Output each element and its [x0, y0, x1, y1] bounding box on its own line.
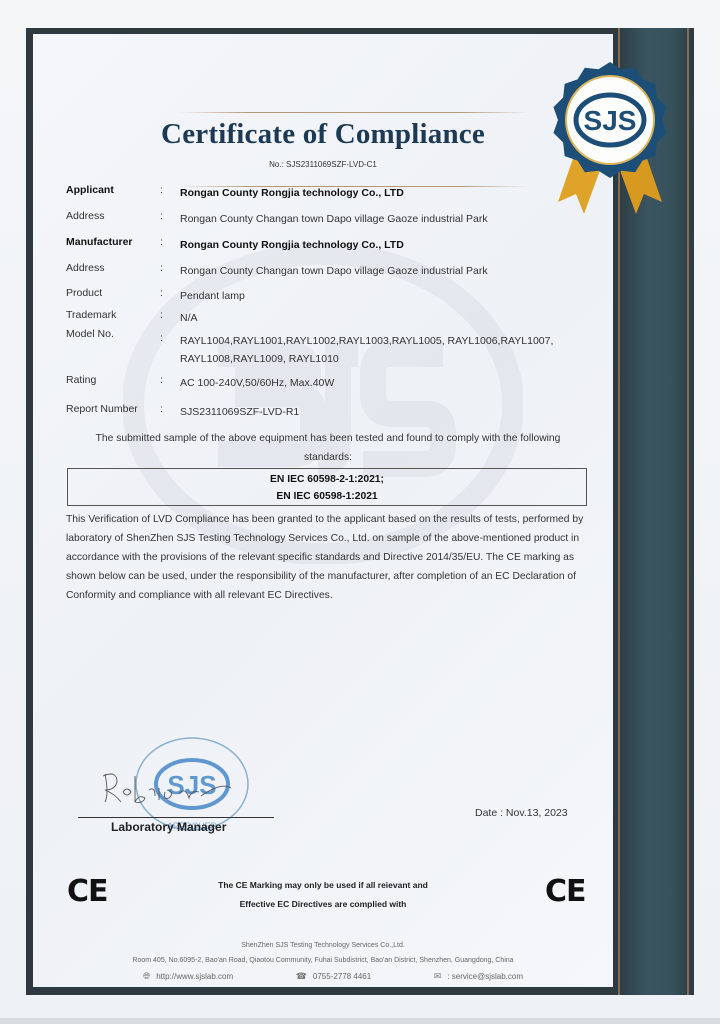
field-label: Product: [66, 287, 160, 305]
title-divider-top: [178, 112, 530, 113]
field-separator: :: [160, 374, 180, 392]
standard-item: EN IEC 60598-2-1:2021;: [68, 471, 586, 488]
field-label: Trademark: [66, 309, 160, 327]
field-label: Applicant: [66, 184, 160, 202]
field-model-no: Model No. : RAYL1004,RAYL1001,RAYL1002,R…: [66, 328, 606, 368]
field-value: Pendant lamp: [180, 287, 606, 305]
field-value: Rongan County Rongjia technology Co., LT…: [180, 184, 606, 202]
field-separator: :: [160, 403, 180, 421]
field-report-number: Report Number : SJS2311069SZF-LVD-R1: [66, 403, 606, 421]
field-separator: :: [160, 309, 180, 327]
field-label: Model No.: [66, 328, 160, 368]
field-label: Address: [66, 210, 160, 228]
footer-company: ShenZhen SJS Testing Technology Services…: [33, 942, 613, 949]
footer-email[interactable]: ✉: service@sjslab.com: [434, 971, 523, 982]
signatory-role: Laboratory Manager: [111, 820, 226, 834]
ce-note-line: The CE Marking may only be used if all r…: [193, 876, 453, 895]
email-link[interactable]: : service@sjslab.com: [447, 972, 523, 981]
field-separator: :: [160, 210, 180, 228]
side-panel-trim-right: [687, 28, 689, 995]
footer-phone: ☎0755-2778 4461: [296, 971, 372, 982]
sjs-seal-badge-icon: SJS: [548, 54, 672, 224]
field-label: Address: [66, 262, 160, 280]
field-applicant: Applicant : Rongan County Rongjia techno…: [66, 184, 606, 202]
field-label: Rating: [66, 374, 160, 392]
field-manufacturer: Manufacturer : Rongan County Rongjia tec…: [66, 236, 606, 254]
field-separator: :: [160, 236, 180, 254]
field-separator: :: [160, 262, 180, 280]
field-manufacturer-address: Address : Rongan County Changan town Dap…: [66, 262, 606, 280]
bottom-strip: [0, 1018, 720, 1024]
field-value: N/A: [180, 309, 606, 327]
ce-mark-left-icon: CE: [67, 874, 108, 909]
field-value: Rongan County Changan town Dapo village …: [180, 262, 606, 280]
ce-note-line: Effective EC Directives are complied wit…: [193, 895, 453, 914]
website-link[interactable]: http://www.sjslab.com: [156, 972, 233, 981]
field-applicant-address: Address : Rongan County Changan town Dap…: [66, 210, 606, 228]
standards-box: EN IEC 60598-2-1:2021; EN IEC 60598-1:20…: [67, 468, 587, 506]
certificate-number: No.: SJS2311069SZF-LVD-C1: [33, 160, 613, 169]
field-value: AC 100-240V,50/60Hz, Max.40W: [180, 374, 606, 392]
field-product: Product : Pendant lamp: [66, 287, 606, 305]
field-separator: :: [160, 184, 180, 202]
signature-icon: [97, 766, 237, 806]
standard-item: EN IEC 60598-1:2021: [68, 488, 586, 505]
field-rating: Rating : AC 100-240V,50/60Hz, Max.40W: [66, 374, 606, 392]
phone-number: 0755-2778 4461: [313, 972, 371, 981]
field-label: Manufacturer: [66, 236, 160, 254]
svg-text:SJS: SJS: [584, 105, 637, 136]
ce-note: The CE Marking may only be used if all r…: [193, 876, 453, 914]
certificate-title: Certificate of Compliance: [33, 118, 613, 151]
ce-mark-right-icon: CE: [545, 874, 586, 909]
field-value: SJS2311069SZF-LVD-R1: [180, 403, 606, 421]
field-label: Report Number: [66, 403, 160, 421]
verification-text: This Verification of LVD Compliance has …: [66, 510, 596, 605]
signature-line: [78, 817, 274, 818]
field-trademark: Trademark : N/A: [66, 309, 606, 327]
field-separator: :: [160, 287, 180, 305]
field-value: Rongan County Rongjia technology Co., LT…: [180, 236, 606, 254]
field-value: RAYL1004,RAYL1001,RAYL1002,RAYL1003,RAYL…: [180, 328, 606, 368]
footer-contacts: 🌐︎http://www.sjslab.com ☎0755-2778 4461 …: [143, 971, 523, 982]
footer-address: Room 405, No.6095-2, Bao'an Road, Qiaoto…: [33, 957, 613, 964]
phone-icon: ☎: [296, 971, 307, 981]
footer-website[interactable]: 🌐︎http://www.sjslab.com: [143, 971, 233, 982]
compliance-intro: The submitted sample of the above equipm…: [73, 429, 583, 467]
field-value: Rongan County Changan town Dapo village …: [180, 210, 606, 228]
certificate-paper: Certificate of Compliance No.: SJS231106…: [33, 34, 613, 987]
issue-date: Date : Nov.13, 2023: [475, 807, 568, 819]
globe-icon: 🌐︎: [143, 971, 150, 981]
envelope-icon: ✉: [434, 971, 442, 981]
field-separator: :: [160, 328, 180, 368]
